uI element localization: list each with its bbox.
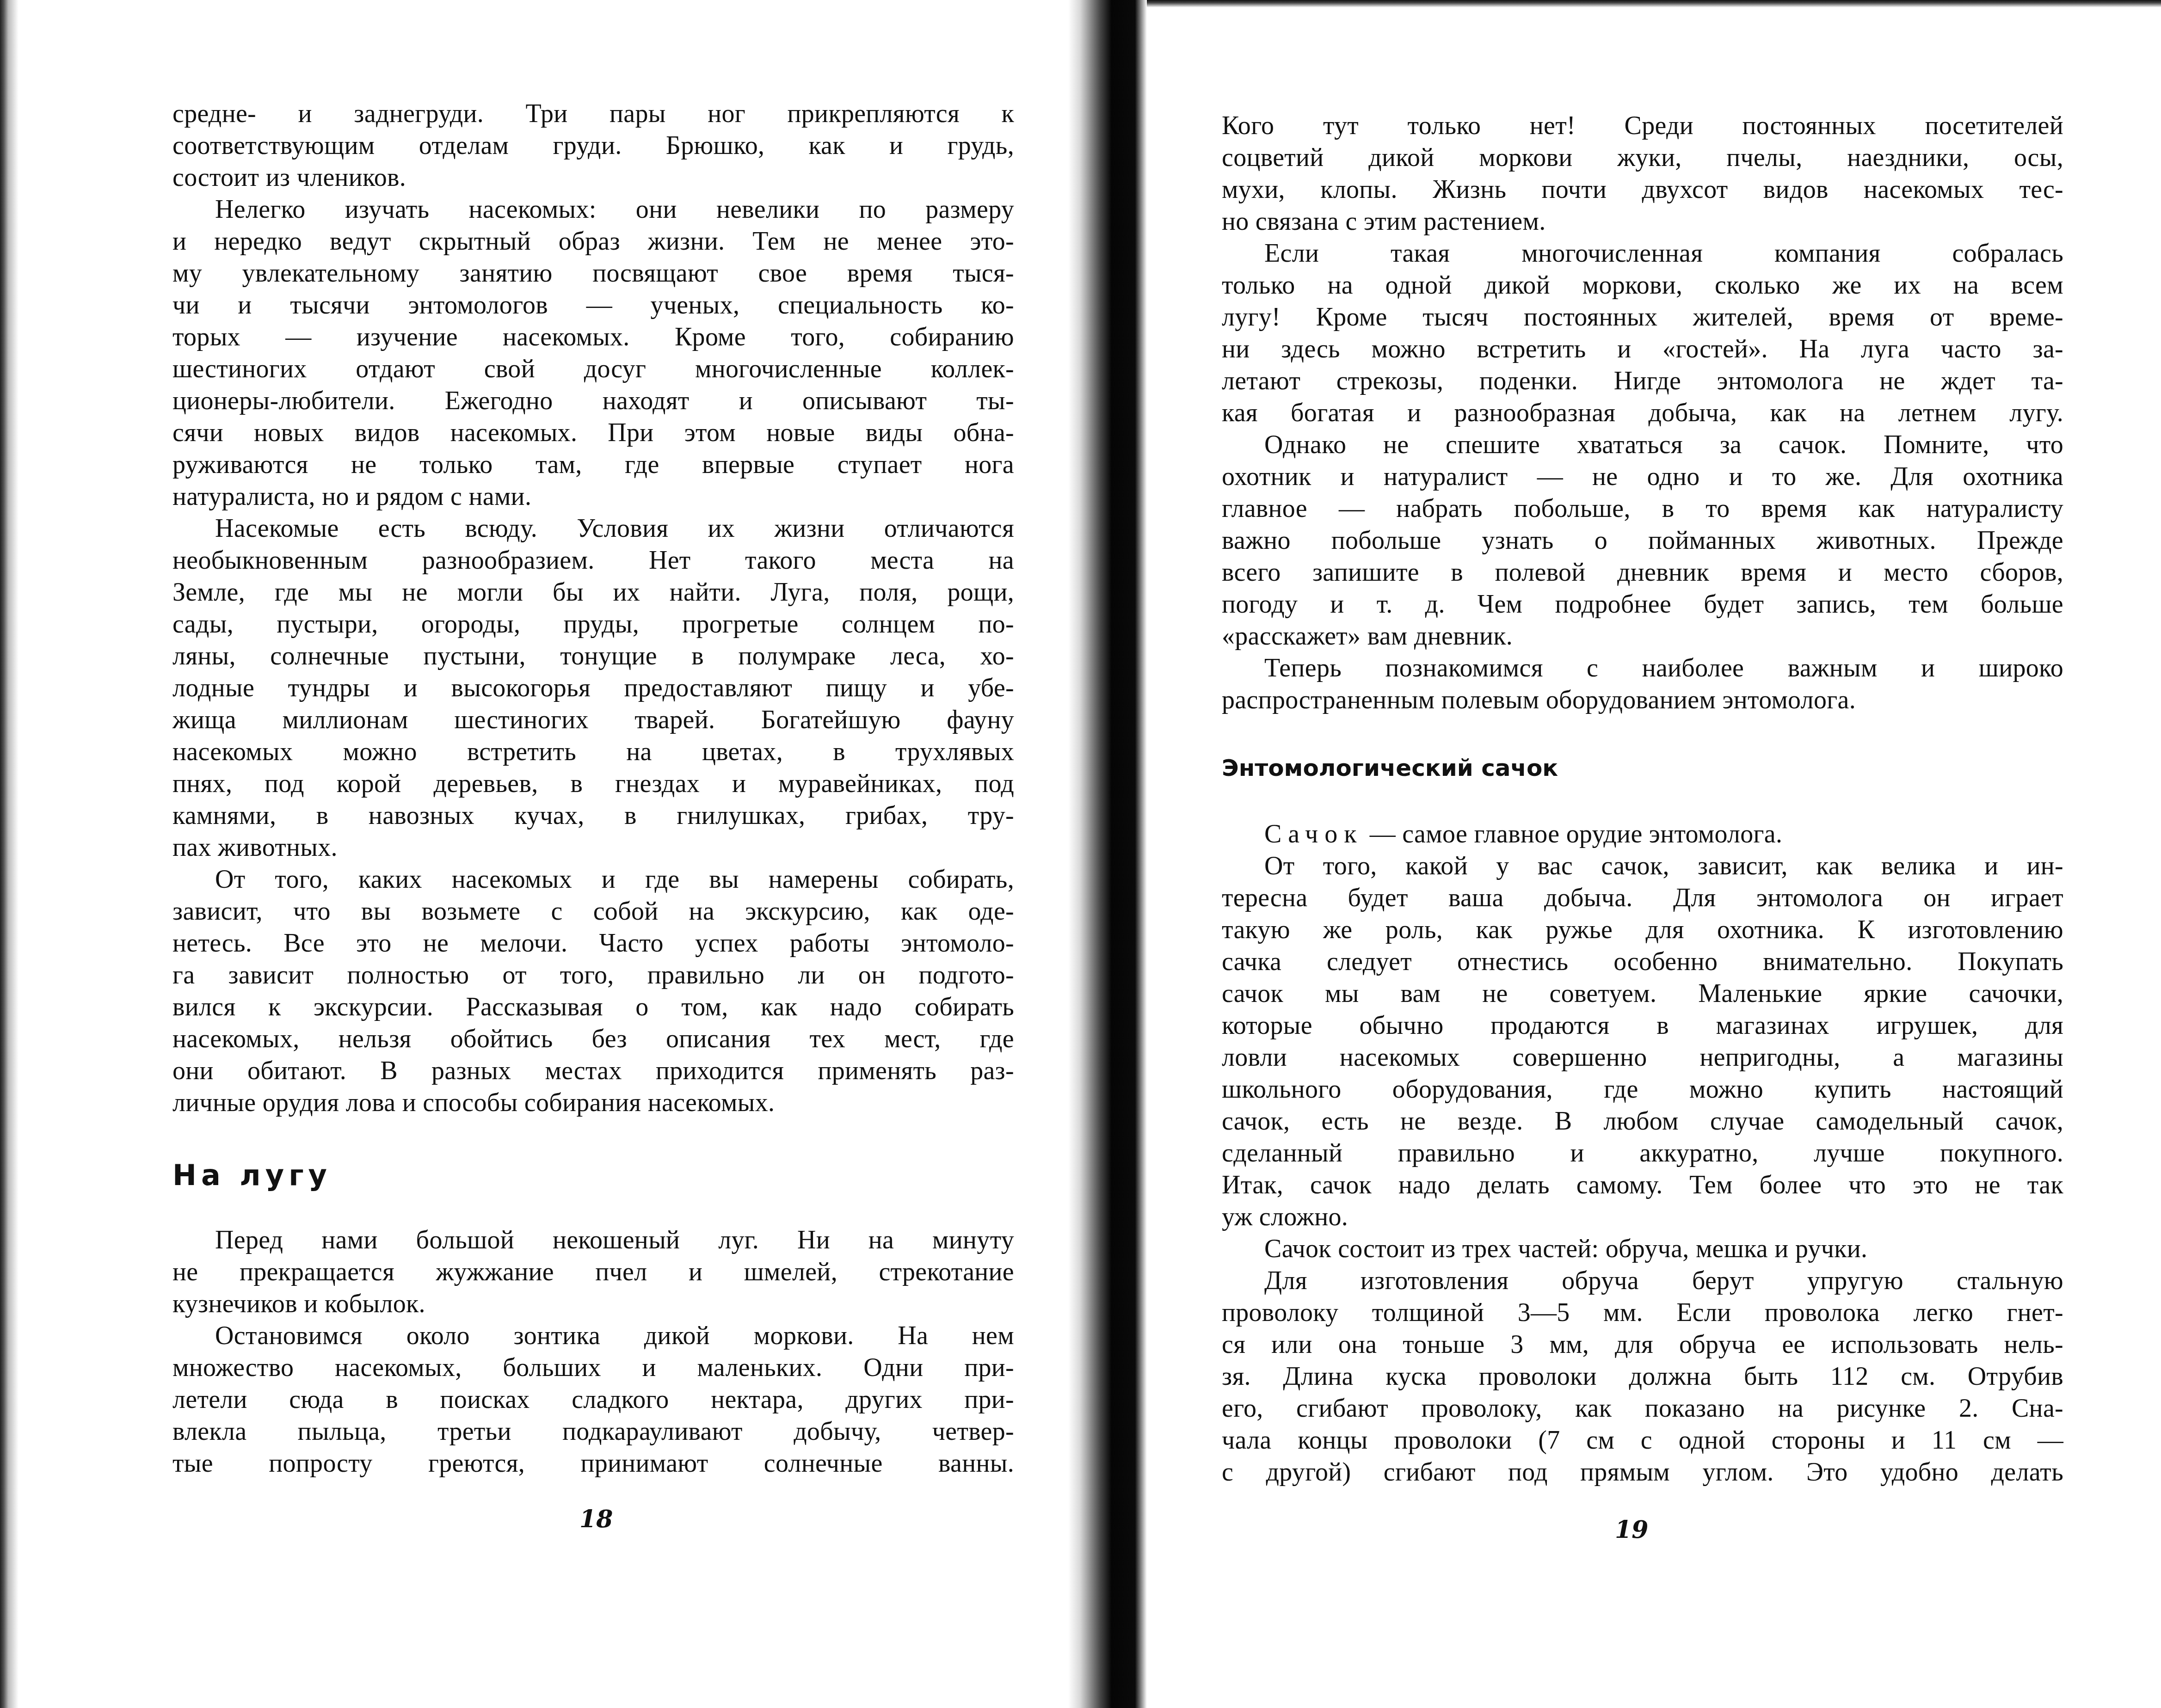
text-line: камнями, в навозных кучах, в гнилушках, … <box>172 800 1014 832</box>
text-line: Сачок — самое главное орудие энтомолога. <box>1222 818 2063 850</box>
page-number-left: 18 <box>579 1505 613 1533</box>
text-line: состоит из члеников. <box>172 162 1014 194</box>
text-line: натуралиста, но и рядом с нами. <box>172 481 1014 513</box>
text-line: насекомых, нельзя обойтись без описания … <box>172 1023 1014 1055</box>
text-line: «расскажет» вам дневник. <box>1222 621 2063 652</box>
text-line: Сачок состоит из трех частей: обруча, ме… <box>1222 1233 2063 1265</box>
text-line: проволоку толщиной 3—5 мм. Если проволок… <box>1222 1297 2063 1329</box>
paragraph-net-definition: Сачок — самое главное орудие энтомолога. <box>1222 818 2063 850</box>
text-line: кая богатая и разнообразная добыча, как … <box>1222 397 2063 429</box>
text-line: соответствующим отделам груди. Брюшко, к… <box>172 130 1014 162</box>
text-line: пах животных. <box>172 832 1014 864</box>
text-line: торых — изучение насекомых. Кроме того, … <box>172 321 1014 353</box>
text-line: летели сюда в поисках сладкого нектара, … <box>172 1384 1014 1416</box>
text-line: От того, какой у вас сачок, зависит, как… <box>1222 850 2063 882</box>
text-line: Перед нами большой некошеный луг. Ни на … <box>172 1224 1014 1256</box>
text-line: чи и тысячи энтомологов — ученых, специа… <box>172 289 1014 321</box>
text-line: такую же роль, как ружье для охотника. К… <box>1222 914 2063 946</box>
text-line: уж сложно. <box>1222 1201 2063 1233</box>
paragraph-hunter-naturalist: Однако не спешите хвататься за сачок. По… <box>1222 429 2063 652</box>
paragraph-hoop: Для изготовления обруча берут упругую ст… <box>1222 1265 2063 1488</box>
text-line: распространенным полевым оборудованием э… <box>1222 684 2063 716</box>
text-line: которые обычно продаются в магазинах игр… <box>1222 1010 2063 1042</box>
text-line: жища миллионам шестиногих тварей. Богате… <box>172 704 1014 736</box>
text-line: личные орудия лова и способы собирания н… <box>172 1087 1014 1119</box>
text-line: Кого тут только нет! Среди постоянных по… <box>1222 110 2063 142</box>
text-line: Однако не спешите хвататься за сачок. По… <box>1222 429 2063 461</box>
paragraph-equipment-intro: Теперь познакомимся с наиболее важным и … <box>1222 652 2063 716</box>
text-line: тересна будет ваша добыча. Для энтомолог… <box>1222 882 2063 914</box>
text-line: охотник и натуралист — не одно и то же. … <box>1222 461 2063 493</box>
text-line: влекла пыльца, третьи подкарауливают доб… <box>172 1416 1014 1448</box>
text-line: му увлекательному занятию посвящают свое… <box>172 258 1014 289</box>
text-line: тые попросту греются, принимают солнечны… <box>172 1448 1014 1480</box>
text-line: мухи, клопы. Жизнь почти двухсот видов н… <box>1222 174 2063 206</box>
paragraph-visitors: Кого тут только нет! Среди постоянных по… <box>1222 110 2063 238</box>
text-line: зя. Длина куска проволоки должна быть 11… <box>1222 1361 2063 1393</box>
paragraph-company: Если такая многочисленная компания собра… <box>1222 238 2063 429</box>
text-line: множество насекомых, больших и маленьких… <box>172 1352 1014 1384</box>
text-line: важно побольше узнать о пойманных животн… <box>1222 525 2063 557</box>
paragraph-everywhere: Насекомые есть всюду. Условия их жизни о… <box>172 513 1014 864</box>
paragraph-wild-carrot: Остановимся около зонтика дикой моркови.… <box>172 1320 1014 1480</box>
text-line: Для изготовления обруча берут упругую ст… <box>1222 1265 2063 1297</box>
text-line: соцветий дикой моркови жуки, пчелы, наез… <box>1222 142 2063 174</box>
text-line: ционеры-любители. Ежегодно находят и опи… <box>172 385 1014 417</box>
text-line: га зависит полностью от того, правильно … <box>172 959 1014 991</box>
text-line: Нелегко изучать насекомых: они невелики … <box>172 194 1014 226</box>
text-line: и нередко ведут скрытный образ жизни. Те… <box>172 226 1014 258</box>
text-line: лугу! Кроме тысяч постоянных жителей, вр… <box>1222 301 2063 333</box>
right-page: Кого тут только нет! Среди постоянных по… <box>1222 0 2063 1708</box>
paragraph-preparation: От того, каких насекомых и где вы намере… <box>172 864 1014 1119</box>
paragraph-meadow: Перед нами большой некошеный луг. Ни на … <box>172 1224 1014 1320</box>
text-line: насекомых можно встретить на цветах, в т… <box>172 736 1014 768</box>
text-line: с другой) сгибают под прямым углом. Это … <box>1222 1456 2063 1488</box>
definition-text: — самое главное орудие энтомолога. <box>1363 820 1782 848</box>
text-line: сачок, есть не везде. В любом случае сам… <box>1222 1106 2063 1137</box>
text-line: Итак, сачок надо делать самому. Тем боле… <box>1222 1169 2063 1201</box>
text-line: сады, пустыри, огороды, пруды, прогретые… <box>172 608 1014 640</box>
page-number-right: 19 <box>1615 1516 1648 1544</box>
paragraph-net-importance: От того, какой у вас сачок, зависит, как… <box>1222 850 2063 1233</box>
text-line: главное — набрать побольше, в то время к… <box>1222 493 2063 525</box>
left-page: средне- и заднегруди. Три пары ног прикр… <box>172 0 1014 1708</box>
paragraph-net-parts: Сачок состоит из трех частей: обруча, ме… <box>1222 1233 2063 1265</box>
text-line: средне- и заднегруди. Три пары ног прикр… <box>172 98 1014 130</box>
text-line: всего запишите в полевой дневник время и… <box>1222 557 2063 589</box>
book-gutter <box>1068 0 1147 1708</box>
paragraph-study-insects: Нелегко изучать насекомых: они невелики … <box>172 194 1014 513</box>
text-line: не прекращается жужжание пчел и шмелей, … <box>172 1256 1014 1288</box>
text-line: Насекомые есть всюду. Условия их жизни о… <box>172 513 1014 545</box>
text-line: Теперь познакомимся с наиболее важным и … <box>1222 652 2063 684</box>
text-line: необыкновенным разнообразием. Нет такого… <box>172 545 1014 577</box>
text-line: его, сгибают проволоку, как показано на … <box>1222 1393 2063 1425</box>
page-edge-shadow <box>0 0 18 1708</box>
text-line: ни здесь можно встретить и «гостей». На … <box>1222 333 2063 365</box>
text-line: но связана с этим растением. <box>1222 206 2063 238</box>
text-line: сачка следует отнестись особенно внимате… <box>1222 946 2063 978</box>
text-line: только на одной дикой моркови, сколько ж… <box>1222 270 2063 301</box>
text-line: сачок мы вам не советуем. Маленькие ярки… <box>1222 978 2063 1010</box>
text-line: вился к экскурсии. Рассказывая о том, ка… <box>172 991 1014 1023</box>
text-line: кузнечиков и кобылок. <box>172 1288 1014 1320</box>
paragraph-thorax: средне- и заднегруди. Три пары ног прикр… <box>172 98 1014 194</box>
text-line: зависит, что вы возьмете с собой на экск… <box>172 896 1014 928</box>
text-line: ся или она тоньше 3 мм, для обруча ее ис… <box>1222 1329 2063 1361</box>
term-sachok: Сачок <box>1264 820 1363 848</box>
text-line: погоду и т. д. Чем подробнее будет запис… <box>1222 589 2063 621</box>
text-line: От того, каких насекомых и где вы намере… <box>172 864 1014 896</box>
section-heading-net: Энтомологический сачок <box>1222 755 1558 781</box>
text-line: нетесь. Все это не мелочи. Часто успех р… <box>172 928 1014 959</box>
text-line: школьного оборудования, где можно купить… <box>1222 1074 2063 1106</box>
text-line: сячи новых видов насекомых. При этом нов… <box>172 417 1014 449</box>
book-spread: средне- и заднегруди. Три пары ног прикр… <box>0 0 2161 1708</box>
text-line: они обитают. В разных местах приходится … <box>172 1055 1014 1087</box>
text-line: чала концы проволоки (7 см с одной сторо… <box>1222 1425 2063 1456</box>
text-line: шестиногих отдают свой досуг многочислен… <box>172 353 1014 385</box>
text-line: лодные тундры и высокогорья предоставляю… <box>172 672 1014 704</box>
text-line: пнях, под корой деревьев, в гнездах и му… <box>172 768 1014 800</box>
text-line: Земле, где мы не могли бы их найти. Луга… <box>172 577 1014 608</box>
text-line: ловли насекомых совершенно непригодны, а… <box>1222 1042 2063 1074</box>
text-line: летают стрекозы, поденки. Нигде энтомоло… <box>1222 365 2063 397</box>
text-line: ляны, солнечные пустыни, тонущие в полум… <box>172 640 1014 672</box>
text-line: Если такая многочисленная компания собра… <box>1222 238 2063 270</box>
text-line: сделанный правильно и аккуратно, лучше п… <box>1222 1137 2063 1169</box>
text-line: руживаются не только там, где впервые ст… <box>172 449 1014 481</box>
section-heading-meadow: На лугу <box>172 1158 332 1192</box>
text-line: Остановимся около зонтика дикой моркови.… <box>172 1320 1014 1352</box>
